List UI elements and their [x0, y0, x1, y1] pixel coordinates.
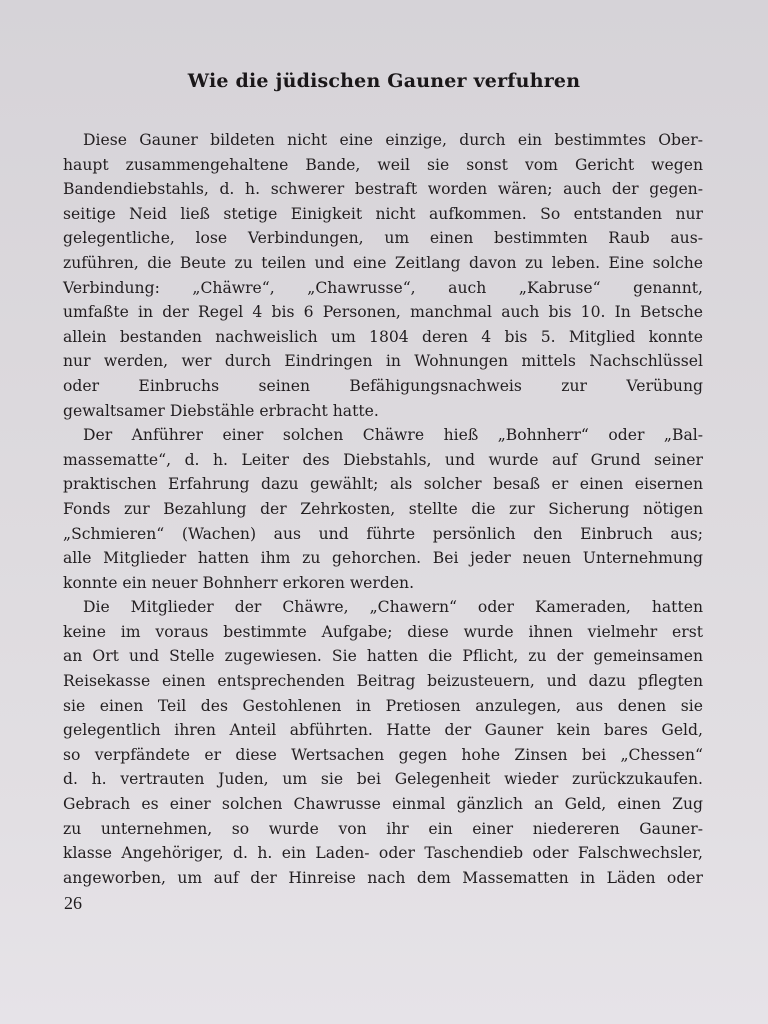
text-line: Die Mitglieder der Chäwre, „Chawern“ ode…	[63, 595, 703, 620]
text-line: gewaltsamer Diebstähle erbracht hatte.	[63, 399, 703, 424]
text-line: „Schmieren“ (Wachen) aus und führte pers…	[63, 522, 703, 547]
text-line: Bandendiebstahls, d. h. schwerer bestraf…	[63, 177, 703, 202]
text-line: klasse Angehöriger, d. h. ein Laden- ode…	[63, 841, 703, 866]
text-line: keine im voraus bestimmte Aufgabe; diese…	[63, 620, 703, 645]
text-line: praktischen Erfahrung dazu gewählt; als …	[63, 472, 703, 497]
text-line: Verbindung: „Chäwre“, „Chawrusse“, auch …	[63, 276, 703, 301]
page-number: 26	[64, 893, 82, 914]
text-line: angeworben, um auf der Hinreise nach dem…	[63, 866, 703, 891]
text-line: zu unternehmen, so wurde von ihr ein ein…	[63, 817, 703, 842]
text-line: nur werden, wer durch Eindringen in Wohn…	[63, 349, 703, 374]
book-page: Wie die jüdischen Gauner verfuhren Diese…	[0, 0, 768, 1024]
text-line: konnte ein neuer Bohnherr erkoren werden…	[63, 571, 703, 596]
text-line: an Ort und Stelle zugewiesen. Sie hatten…	[63, 644, 703, 669]
text-line: Reisekasse einen entsprechenden Beitrag …	[63, 669, 703, 694]
text-line: Diese Gauner bildeten nicht eine einzige…	[63, 128, 703, 153]
text-line: massematte“, d. h. Leiter des Diebstahls…	[63, 448, 703, 473]
text-line: gelegentlich ihren Anteil abführten. Hat…	[63, 718, 703, 743]
text-line: gelegentliche, lose Verbindungen, um ein…	[63, 226, 703, 251]
text-line: Der Anführer einer solchen Chäwre hieß „…	[63, 423, 703, 448]
body-text: Diese Gauner bildeten nicht eine einzige…	[63, 128, 703, 890]
text-line: umfaßte in der Regel 4 bis 6 Personen, m…	[63, 300, 703, 325]
text-line: zuführen, die Beute zu teilen und eine Z…	[63, 251, 703, 276]
text-line: Gebrach es einer solchen Chawrusse einma…	[63, 792, 703, 817]
text-line: Fonds zur Bezahlung der Zehrkosten, stel…	[63, 497, 703, 522]
text-line: allein bestanden nachweislich um 1804 de…	[63, 325, 703, 350]
text-line: so verpfändete er diese Wertsachen gegen…	[63, 743, 703, 768]
text-line: seitige Neid ließ stetige Einigkeit nich…	[63, 202, 703, 227]
chapter-title: Wie die jüdischen Gauner verfuhren	[0, 70, 768, 92]
text-line: haupt zusammengehaltene Bande, weil sie …	[63, 153, 703, 178]
text-line: sie einen Teil des Gestohlenen in Pretio…	[63, 694, 703, 719]
text-line: alle Mitglieder hatten ihm zu gehorchen.…	[63, 546, 703, 571]
text-line: d. h. vertrauten Juden, um sie bei Geleg…	[63, 767, 703, 792]
text-line: oder Einbruchs seinen Befähigungsnachwei…	[63, 374, 703, 399]
